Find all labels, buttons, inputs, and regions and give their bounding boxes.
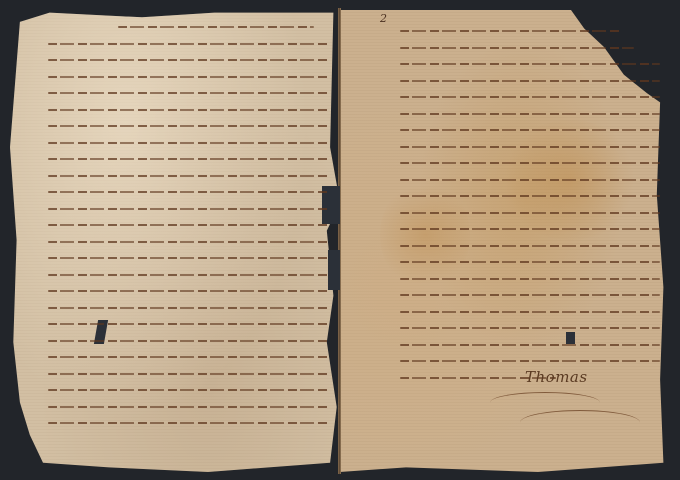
right-page-text-block [400, 30, 660, 393]
torn-gap [328, 250, 340, 290]
binding-fold [338, 8, 341, 474]
signature-flourish [520, 410, 640, 435]
page-number: 2 [380, 12, 387, 25]
left-page-text-block [48, 26, 328, 439]
signature: Thomas [525, 368, 588, 386]
